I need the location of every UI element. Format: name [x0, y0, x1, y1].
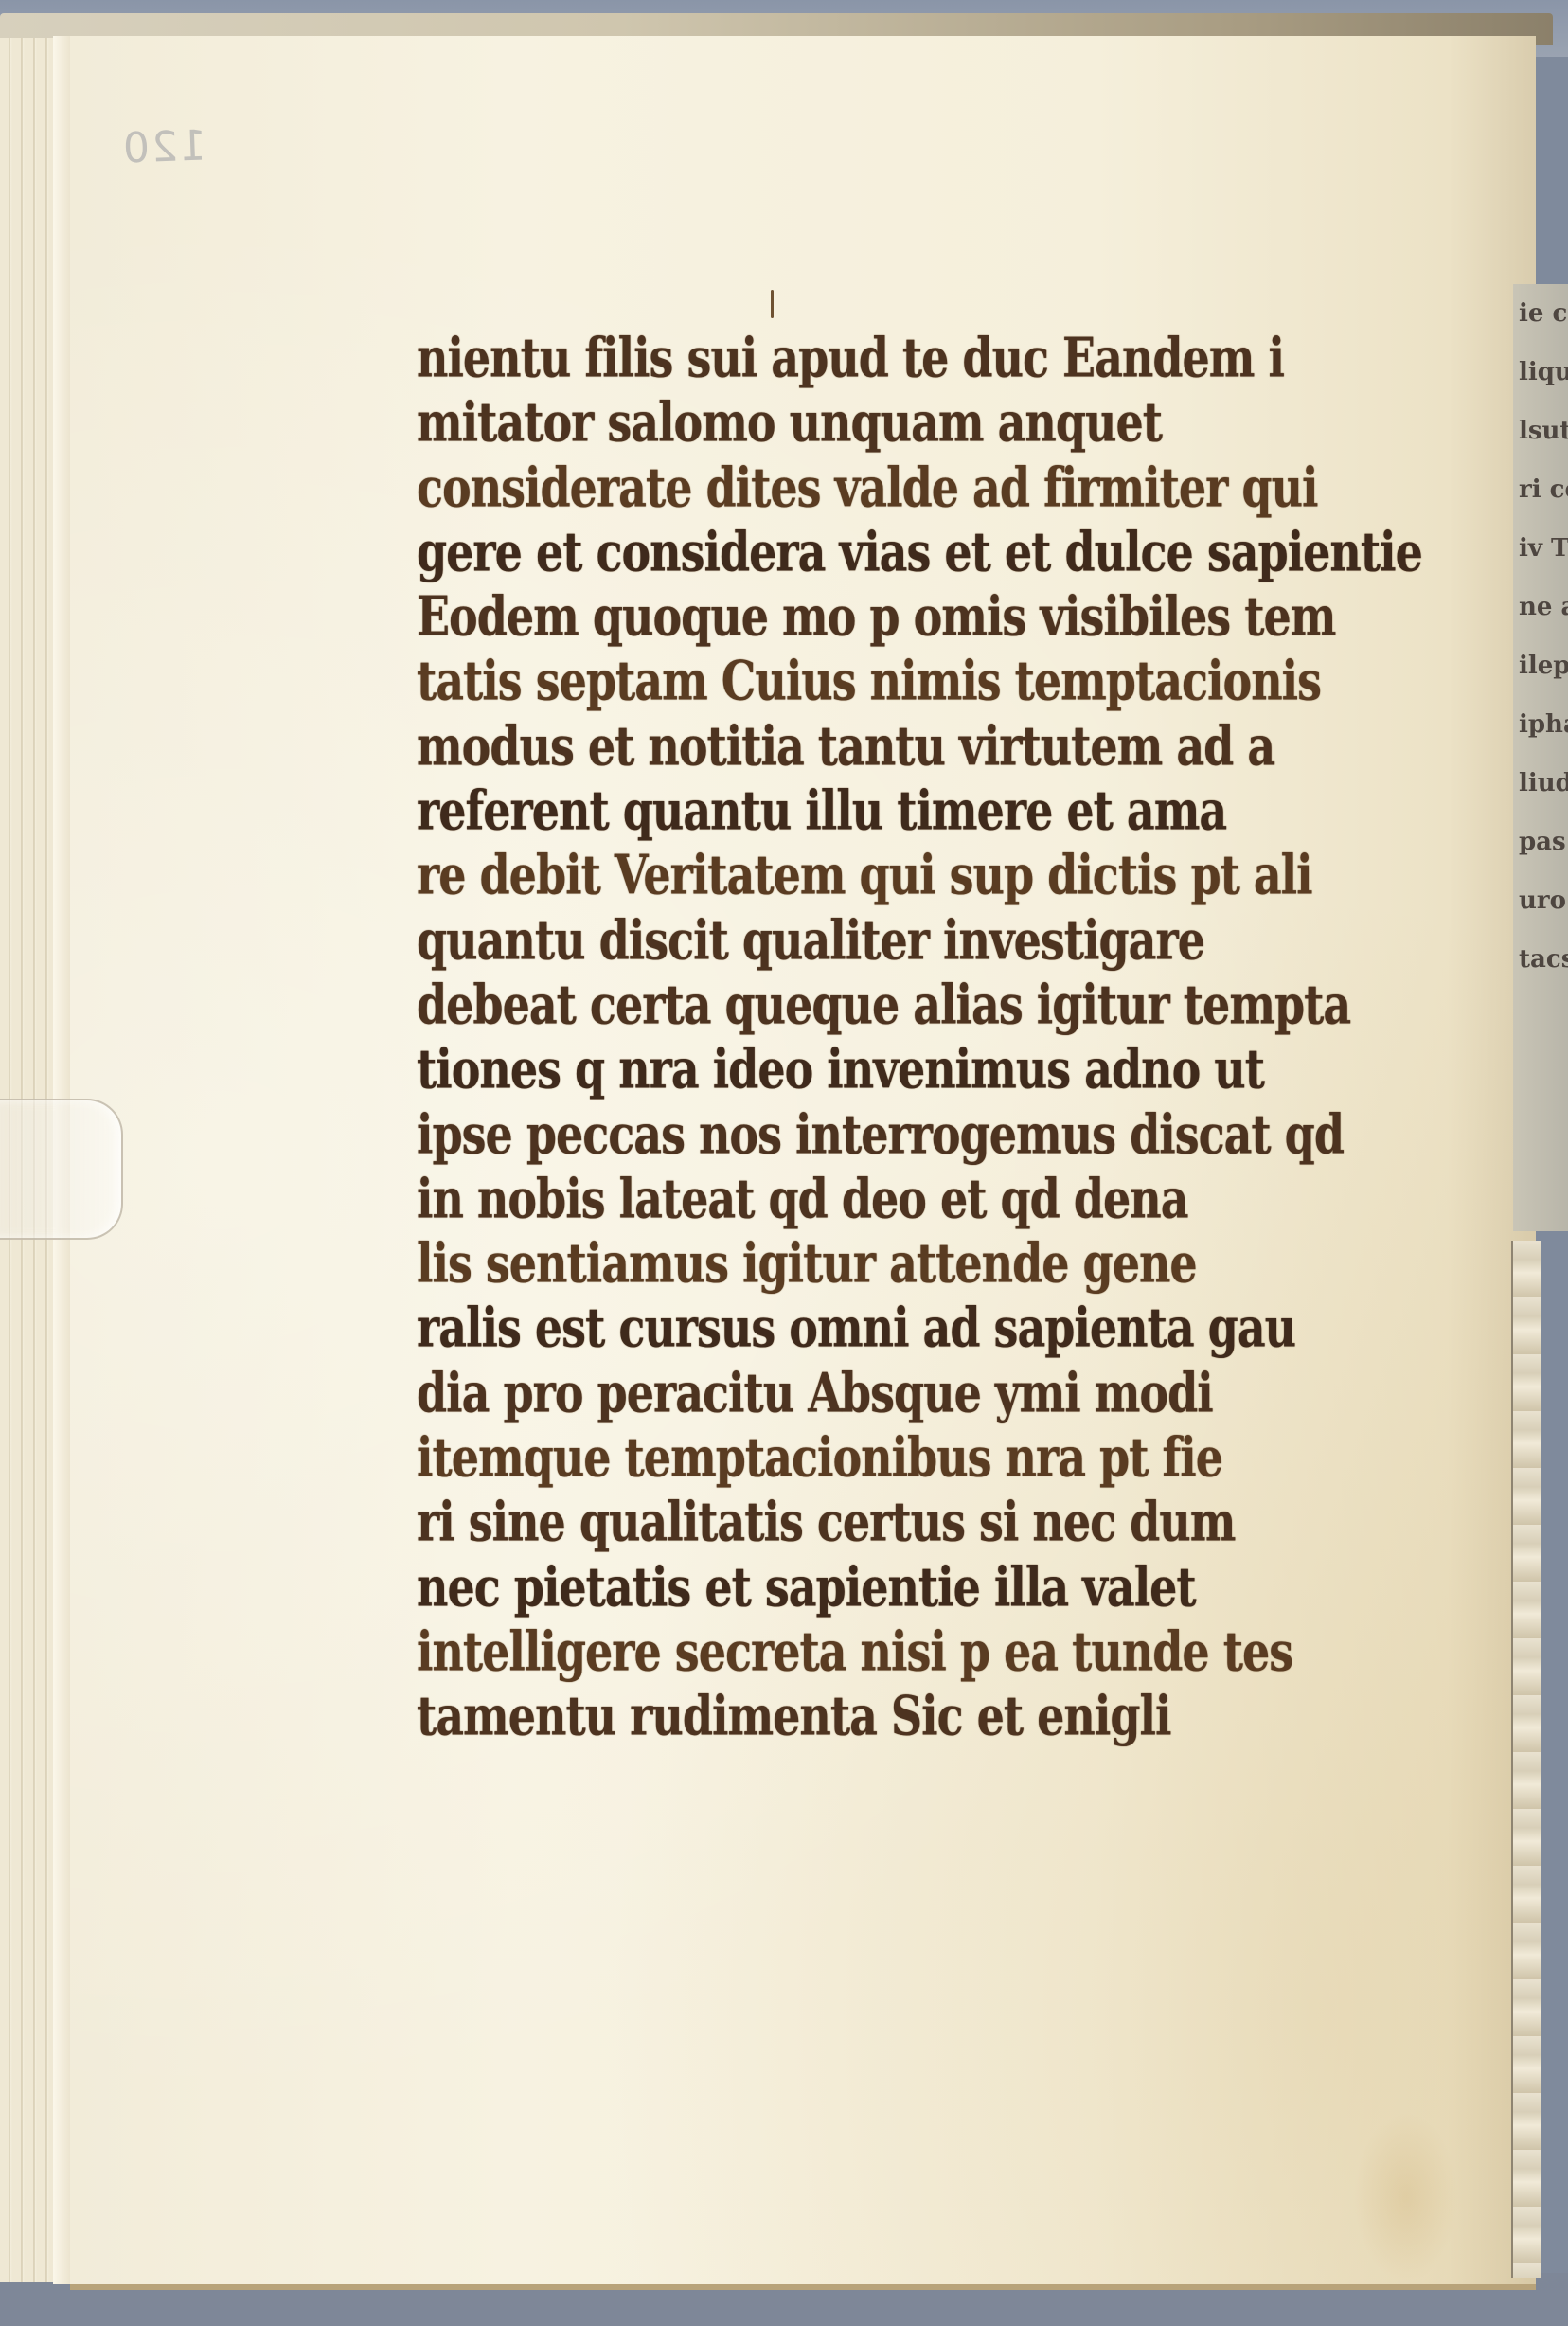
water-stain	[1354, 2112, 1458, 2282]
plastic-page-clip	[0, 1099, 123, 1240]
facing-page-fragment: ilepta	[1513, 636, 1568, 695]
manuscript-text-block: nientu filis sui apud te duc Eandem i mi…	[417, 333, 1430, 1757]
facing-page: ie cap liqui lsute ri ce iv T ne ag ilep…	[1513, 284, 1568, 1231]
facing-page-fragment: iphat	[1513, 695, 1568, 754]
facing-page-fragment: liqui	[1513, 343, 1568, 402]
facing-page-fragment: ie cap	[1513, 284, 1568, 343]
facing-page-fragment: lsute	[1513, 402, 1568, 460]
facing-page-fragment: uro R	[1513, 871, 1568, 930]
text-line: tamentu rudimenta Sic et enigli	[417, 1675, 1430, 1756]
folio-number: 120	[120, 121, 207, 172]
facing-page-fragment: liud d	[1513, 754, 1568, 813]
facing-page-fragment: tacse	[1513, 930, 1568, 989]
facing-page-fragment: ne ag	[1513, 578, 1568, 636]
facing-page-fragment: ri ce	[1513, 460, 1568, 519]
gutter-page-edges	[1511, 1241, 1541, 2278]
facing-page-fragment: iv T	[1513, 519, 1568, 578]
facing-page-fragment: pas q	[1513, 813, 1568, 871]
ink-mark	[771, 290, 774, 318]
